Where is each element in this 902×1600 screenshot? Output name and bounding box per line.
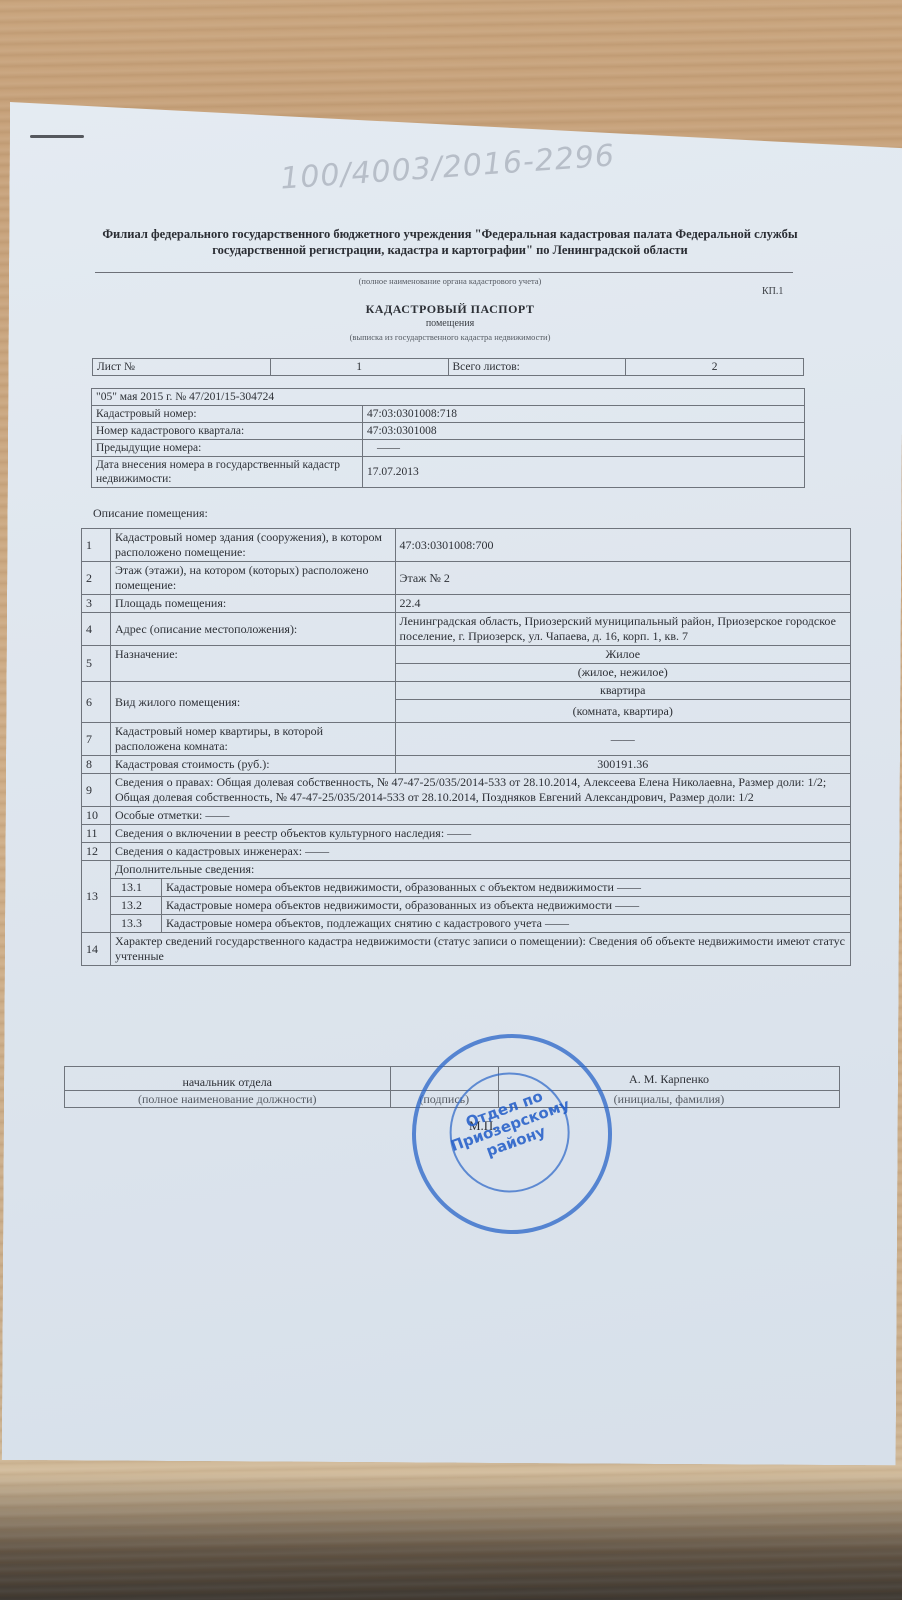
row-number: 13	[82, 861, 111, 933]
row-value: Ленинградская область, Приозерский муниц…	[395, 613, 850, 646]
row-value: Этаж № 2	[395, 562, 850, 595]
row-label: Кадастровый номер квартиры, в которой ра…	[111, 723, 396, 756]
organization-caption: (полное наименование органа кадастрового…	[100, 276, 800, 286]
record-status: Характер сведений государственного кадас…	[111, 933, 851, 966]
additional-info-label: Дополнительные сведения:	[111, 861, 850, 878]
row-number: 7	[82, 723, 111, 756]
row-hint: (комната, квартира)	[395, 700, 850, 723]
table-row: 6 Вид жилого помещения: квартира	[82, 682, 851, 700]
table-row: 3 Площадь помещения: 22.4	[82, 595, 851, 613]
sheet-info-table: Лист № 1 Всего листов: 2	[92, 358, 804, 376]
table-row: 2 Этаж (этажи), на котором (которых) рас…	[82, 562, 851, 595]
sheet-label: Лист №	[93, 359, 271, 376]
row-number: 3	[82, 595, 111, 613]
row-number: 9	[82, 774, 111, 807]
total-sheets-label: Всего листов:	[448, 359, 626, 376]
document-subtitle: помещения	[100, 318, 800, 329]
row-value: 47:03:0301008:700	[395, 529, 850, 562]
registration-date-value: 17.07.2013	[362, 457, 804, 488]
row-label: Кадастровая стоимость (руб.):	[111, 756, 396, 774]
row-value: квартира	[395, 682, 850, 700]
table-row: 4 Адрес (описание местоположения): Ленин…	[82, 613, 851, 646]
row-number: 8	[82, 756, 111, 774]
additional-info: Дополнительные сведения: 13.1 Кадастровы…	[111, 861, 851, 933]
cadastral-quarter-value: 47:03:0301008	[362, 423, 804, 440]
sheet-value: 1	[270, 359, 448, 376]
special-marks: Особые отметки: ——	[111, 807, 851, 825]
row-label: Кадастровый номер здания (сооружения), в…	[111, 529, 396, 562]
sub-row-number: 13.1	[111, 879, 162, 897]
table-row: 1 Кадастровый номер здания (сооружения),…	[82, 529, 851, 562]
cadastral-number-value: 47:03:0301008:718	[362, 406, 804, 423]
row-number: 14	[82, 933, 111, 966]
registration-table: "05" мая 2015 г. № 47/201/15-304724 Када…	[91, 388, 805, 488]
registration-date-label: Дата внесения номера в государственный к…	[92, 457, 363, 488]
previous-numbers-value: ——	[362, 440, 804, 457]
premises-description-table: 1 Кадастровый номер здания (сооружения),…	[81, 528, 851, 966]
row-number: 6	[82, 682, 111, 723]
sub-row-text: Кадастровые номера объектов, подлежащих …	[162, 915, 851, 933]
total-sheets-value: 2	[626, 359, 804, 376]
row-number: 5	[82, 646, 111, 682]
document-note: (выписка из государственного кадастра не…	[100, 332, 800, 342]
sub-row-number: 13.3	[111, 915, 162, 933]
table-row: 12 Сведения о кадастровых инженерах: ——	[82, 843, 851, 861]
sub-row-text: Кадастровые номера объектов недвижимости…	[162, 897, 851, 915]
organization-underline	[95, 272, 793, 273]
table-row: 9 Сведения о правах: Общая долевая собст…	[82, 774, 851, 807]
previous-numbers-label: Предыдущие номера:	[92, 440, 363, 457]
row-number: 10	[82, 807, 111, 825]
row-value: Жилое	[395, 646, 850, 664]
table-row: 10 Особые отметки: ——	[82, 807, 851, 825]
sub-row-text: Кадастровые номера объектов недвижимости…	[162, 879, 851, 897]
row-label: Вид жилого помещения:	[111, 682, 396, 723]
table-row: 14 Характер сведений государственного ка…	[82, 933, 851, 966]
table-row: 7 Кадастровый номер квартиры, в которой …	[82, 723, 851, 756]
row-value: 300191.36	[395, 756, 850, 774]
row-number: 4	[82, 613, 111, 646]
cadastral-number-label: Кадастровый номер:	[92, 406, 363, 423]
table-row: 13 Дополнительные сведения: 13.1 Кадастр…	[82, 861, 851, 933]
row-label: Адрес (описание местоположения):	[111, 613, 396, 646]
document-title: КАДАСТРОВЫЙ ПАСПОРТ	[100, 302, 800, 317]
table-row: 5 Назначение: Жилое	[82, 646, 851, 664]
cadastral-quarter-label: Номер кадастрового квартала:	[92, 423, 363, 440]
registration-header: "05" мая 2015 г. № 47/201/15-304724	[92, 389, 805, 406]
cultural-heritage-info: Сведения о включении в реестр объектов к…	[111, 825, 851, 843]
rights-info: Сведения о правах: Общая долевая собстве…	[111, 774, 851, 807]
row-label: Назначение:	[111, 646, 396, 682]
row-number: 11	[82, 825, 111, 843]
cadastral-engineers-info: Сведения о кадастровых инженерах: ——	[111, 843, 851, 861]
sub-row-number: 13.2	[111, 897, 162, 915]
additional-info-subtable: 13.1 Кадастровые номера объектов недвижи…	[111, 878, 850, 932]
table-row: 11 Сведения о включении в реестр объекто…	[82, 825, 851, 843]
staple-mark	[30, 135, 84, 138]
row-label: Площадь помещения:	[111, 595, 396, 613]
row-number: 1	[82, 529, 111, 562]
description-label: Описание помещения:	[93, 506, 208, 521]
row-value: ——	[395, 723, 850, 756]
row-number: 2	[82, 562, 111, 595]
form-code: КП.1	[762, 286, 783, 297]
row-number: 12	[82, 843, 111, 861]
table-row: 8 Кадастровая стоимость (руб.): 300191.3…	[82, 756, 851, 774]
row-hint: (жилое, нежилое)	[395, 664, 850, 682]
row-label: Этаж (этажи), на котором (которых) распо…	[111, 562, 396, 595]
position-title: начальник отдела	[65, 1067, 391, 1091]
position-caption: (полное наименование должности)	[65, 1091, 391, 1108]
row-value: 22.4	[395, 595, 850, 613]
organization-name: Филиал федерального государственного бюд…	[100, 226, 800, 258]
